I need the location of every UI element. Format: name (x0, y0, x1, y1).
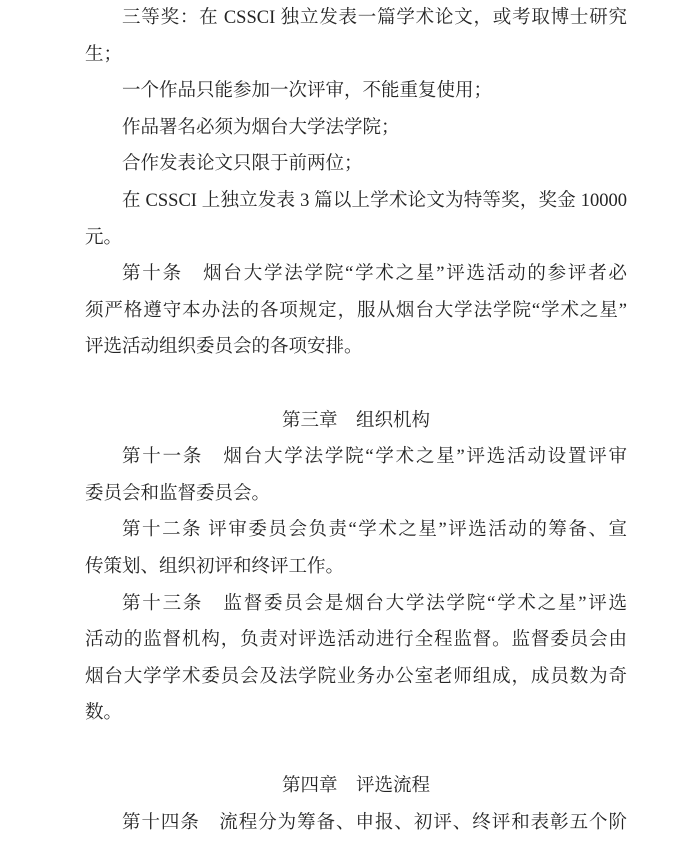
chapter-heading-3: 第三章 组织机构 (85, 403, 627, 440)
paragraph-line: 烟台大学学术委员会及法学院业务办公室老师组成，成员数为奇 (85, 659, 627, 696)
chapter-heading-4: 第四章 评选流程 (85, 768, 627, 805)
paragraph-line: 合作发表论文只限于前两位； (85, 146, 627, 183)
paragraph-line: 一个作品只能参加一次评审，不能重复使用； (85, 73, 627, 110)
paragraph-line: 三等奖：在 CSSCI 独立发表一篇学术论文，或考取博士研究 (85, 0, 627, 37)
paragraph-line: 评选活动组织委员会的各项安排。 (85, 329, 627, 366)
paragraph-line: 传策划、组织初评和终评工作。 (85, 549, 627, 586)
paragraph-line: 第十二条 评审委员会负责“学术之星”评选活动的筹备、宣 (85, 512, 627, 549)
paragraph-line: 元。 (85, 220, 627, 257)
paragraph-line: 须严格遵守本办法的各项规定，服从烟台大学法学院“学术之星” (85, 293, 627, 330)
paragraph-line: 第十一条 烟台大学法学院“学术之星”评选活动设置评审 (85, 439, 627, 476)
paragraph-line: 第十条 烟台大学法学院“学术之星”评选活动的参评者必 (85, 256, 627, 293)
paragraph-line: 生； (85, 37, 627, 74)
document-page: 三等奖：在 CSSCI 独立发表一篇学术论文，或考取博士研究 生； 一个作品只能… (0, 0, 700, 841)
paragraph-line: 第十三条 监督委员会是烟台大学法学院“学术之星”评选 (85, 586, 627, 623)
paragraph-line: 第十四条 流程分为筹备、申报、初评、终评和表彰五个阶 (85, 805, 627, 841)
paragraph-line: 在 CSSCI 上独立发表 3 篇以上学术论文为特等奖，奖金 10000 (85, 183, 627, 220)
paragraph-line: 活动的监督机构，负责对评选活动进行全程监督。监督委员会由 (85, 622, 627, 659)
paragraph-line: 作品署名必须为烟台大学法学院； (85, 110, 627, 147)
paragraph-line: 委员会和监督委员会。 (85, 476, 627, 513)
paragraph-line: 数。 (85, 695, 627, 732)
